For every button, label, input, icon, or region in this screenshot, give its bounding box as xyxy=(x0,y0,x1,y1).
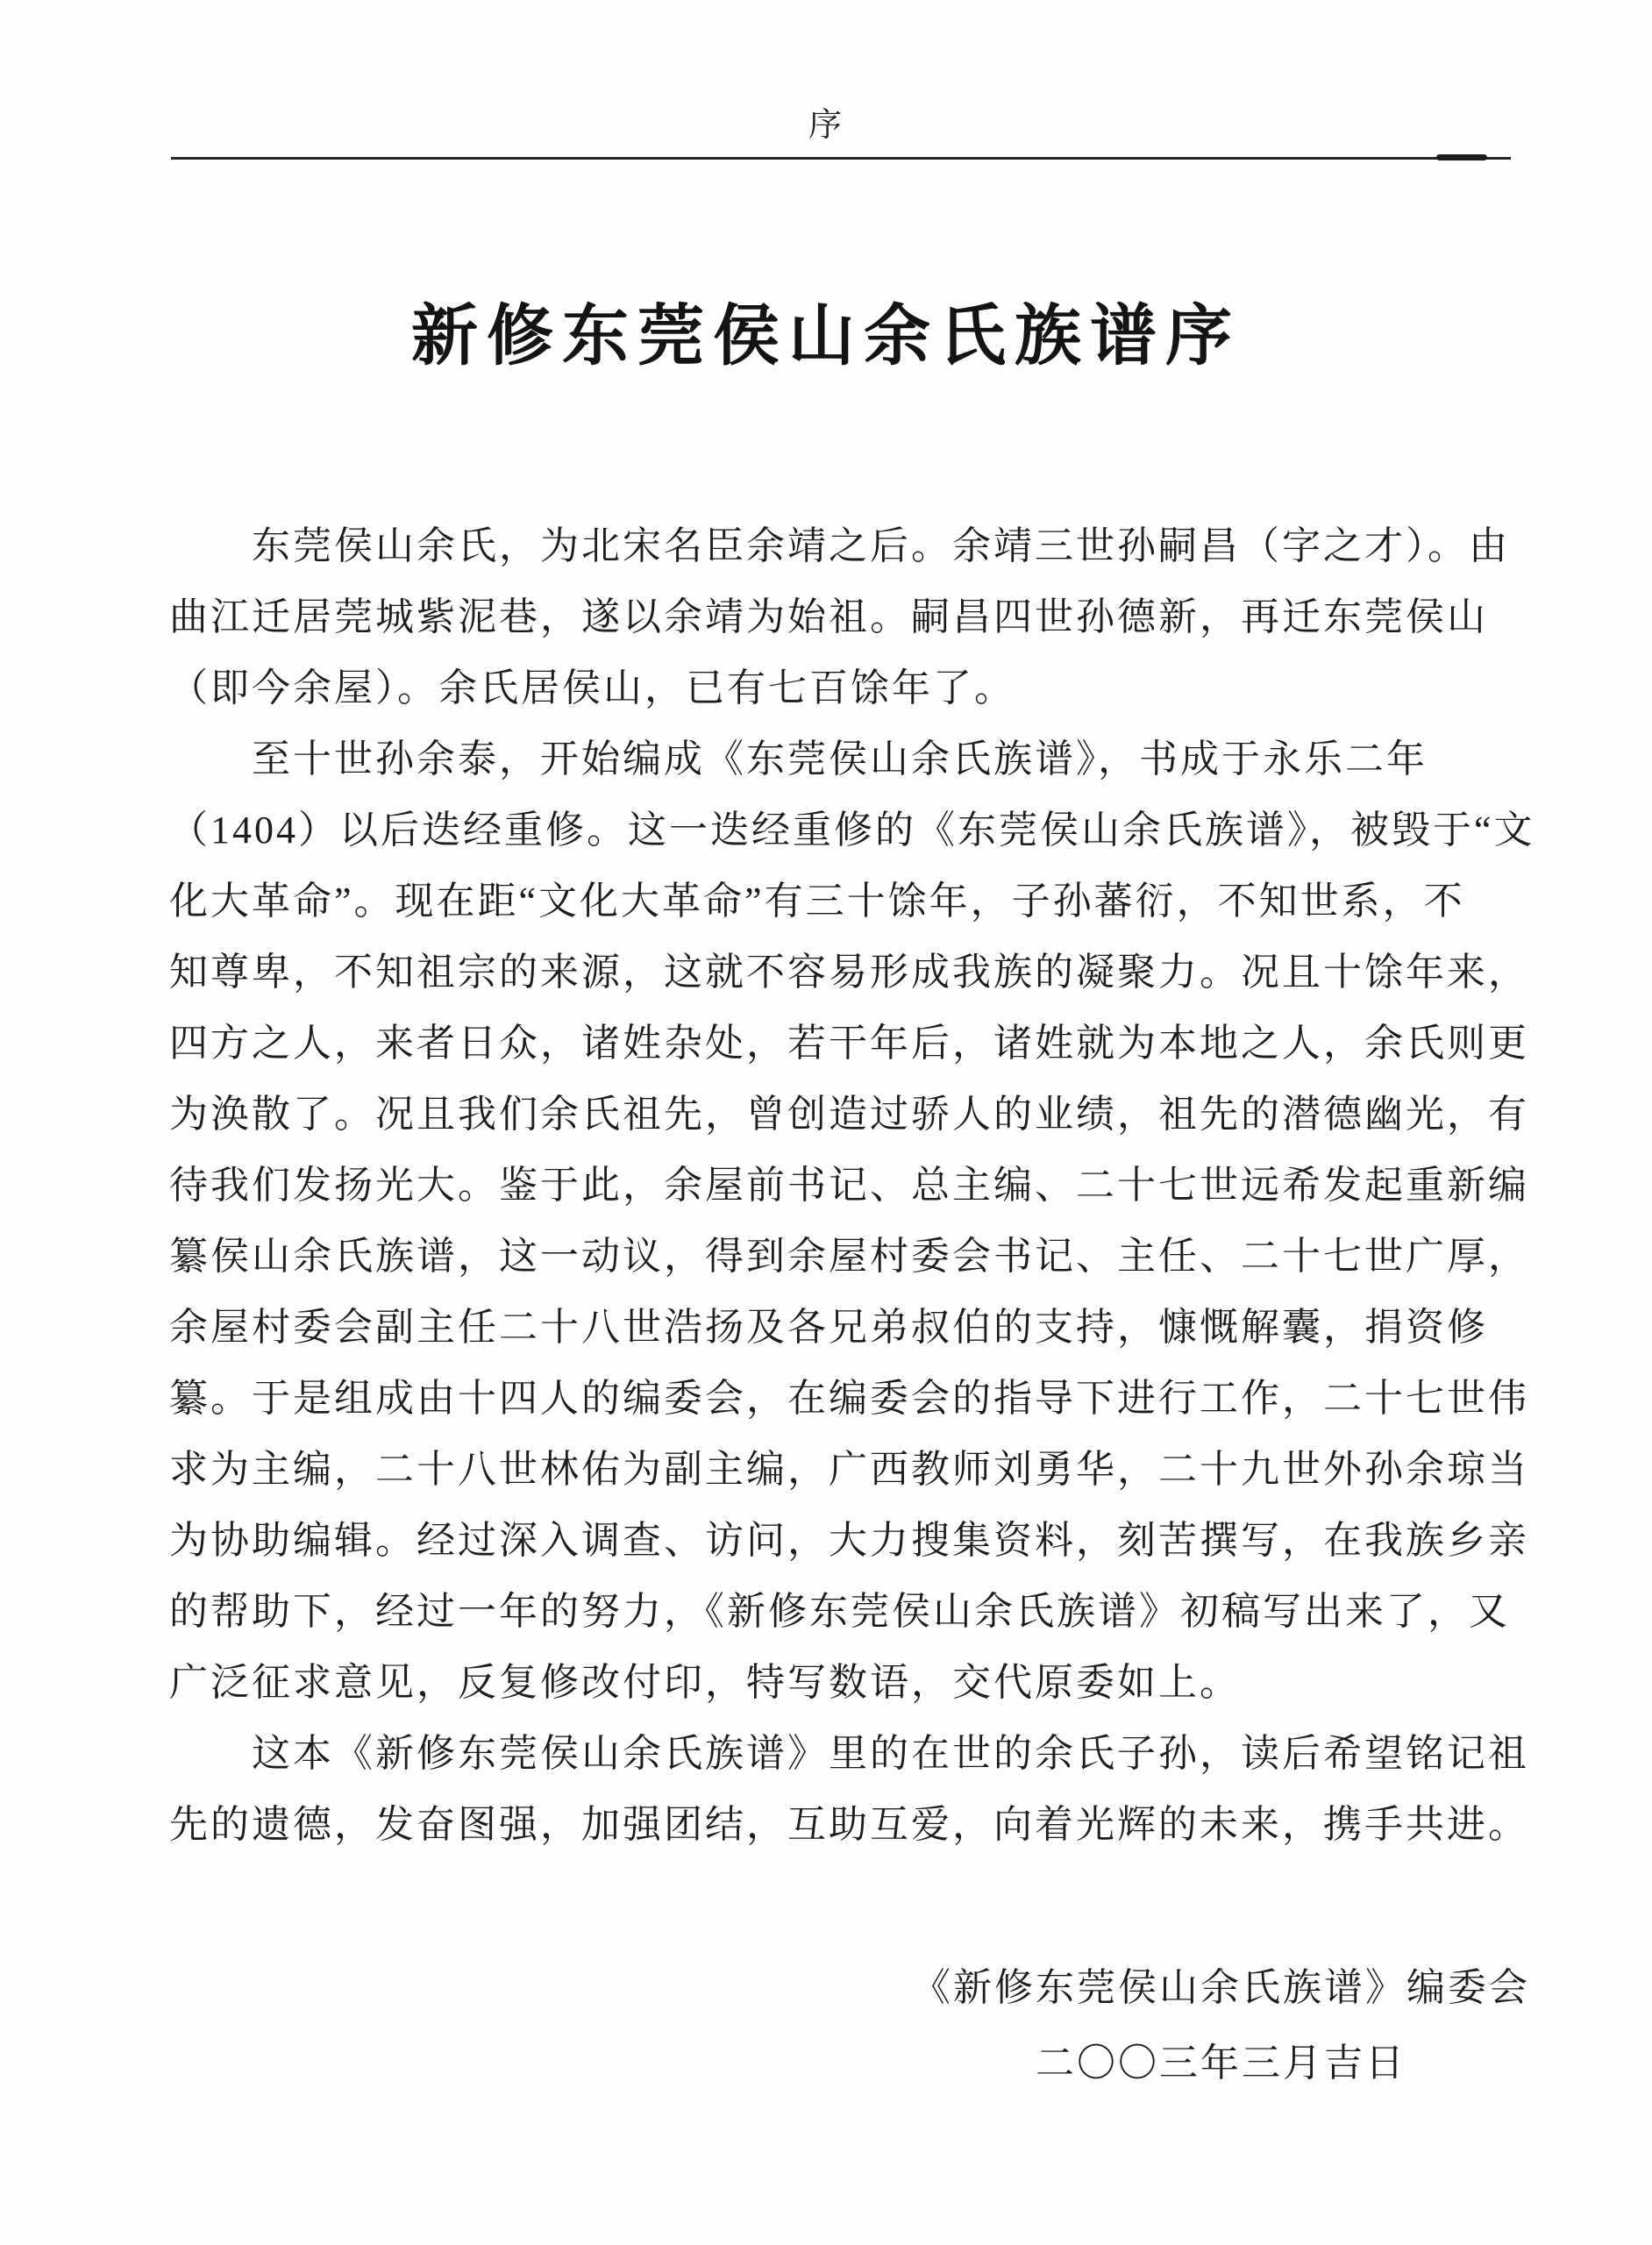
body-line: 四方之人，来者日众，诸姓杂处，若干年后，诸姓就为本地之人，余氏则更 xyxy=(169,1008,1572,1079)
paragraph-3: 这本《新修东莞侯山余氏族谱》里的在世的余氏子孙，读后希望铭记祖 先的遗德，发奋图… xyxy=(169,1718,1572,1860)
body-line: 至十世孙余泰，开始编成《东莞侯山余氏族谱》，书成于永乐二年 xyxy=(169,723,1572,795)
body-line: 为涣散了。况且我们余氏祖先，曾创造过骄人的业绩，祖先的潜德幽光，有 xyxy=(169,1079,1572,1150)
document-title: 新修东莞侯山余氏族谱序 xyxy=(0,298,1652,375)
header-rule-line xyxy=(171,157,1511,160)
signature-date: 二〇〇三年三月吉日 xyxy=(912,2026,1530,2101)
signature-block: 《新修东莞侯山余氏族谱》编委会 二〇〇三年三月吉日 xyxy=(912,1950,1530,2101)
body-line: 这本《新修东莞侯山余氏族谱》里的在世的余氏子孙，读后希望铭记祖 xyxy=(169,1718,1572,1789)
scan-artifact xyxy=(1436,154,1487,160)
body-line: 化大革命”。现在距“文化大革命”有三十馀年，子孙蕃衍，不知世系，不 xyxy=(169,866,1572,937)
body-line: 纂。于是组成由十四人的编委会，在编委会的指导下进行工作，二十七世伟 xyxy=(169,1363,1572,1434)
body-line: 广泛征求意见，反复修改付印，特写数语，交代原委如上。 xyxy=(169,1647,1572,1718)
body-line: （即今余屋）。余氏居侯山，已有七百馀年了。 xyxy=(169,652,1572,723)
page-header-label: 序 xyxy=(0,106,1652,145)
body-line: 的帮助下，经过一年的努力，《新修东莞侯山余氏族谱》初稿写出来了，又 xyxy=(169,1576,1572,1647)
body-line: （1404）以后迭经重修。这一迭经重修的《东莞侯山余氏族谱》，被毁于“文 xyxy=(169,795,1572,866)
body-line: 余屋村委会副主任二十八世浩扬及各兄弟叔伯的支持，慷慨解囊，捐资修 xyxy=(169,1292,1572,1363)
body-line: 求为主编，二十八世林佑为副主编，广西教师刘勇华，二十九世外孙余琼当 xyxy=(169,1434,1572,1505)
body-line: 待我们发扬光大。鉴于此，余屋前书记、总主编、二十七世远希发起重新编 xyxy=(169,1150,1572,1221)
body-line: 知尊卑，不知祖宗的来源，这就不容易形成我族的凝聚力。况且十馀年来， xyxy=(169,937,1572,1008)
paragraph-2: 至十世孙余泰，开始编成《东莞侯山余氏族谱》，书成于永乐二年 （1404）以后迭经… xyxy=(169,723,1572,1718)
body-line: 纂侯山余氏族谱，这一动议，得到余屋村委会书记、主任、二十七世广厚， xyxy=(169,1221,1572,1292)
scanned-document-page: 序 新修东莞侯山余氏族谱序 东莞侯山余氏，为北宋名臣余靖之后。余靖三世孙嗣昌（字… xyxy=(0,0,1652,2245)
document-body: 东莞侯山余氏，为北宋名臣余靖之后。余靖三世孙嗣昌（字之才）。由 曲江迁居莞城紫泥… xyxy=(169,510,1572,1860)
signature-committee: 《新修东莞侯山余氏族谱》编委会 xyxy=(912,1950,1530,2026)
paragraph-1: 东莞侯山余氏，为北宋名臣余靖之后。余靖三世孙嗣昌（字之才）。由 曲江迁居莞城紫泥… xyxy=(169,510,1572,723)
body-line: 曲江迁居莞城紫泥巷，遂以余靖为始祖。嗣昌四世孙德新，再迁东莞侯山 xyxy=(169,581,1572,652)
body-line: 先的遗德，发奋图强，加强团结，互助互爱，向着光辉的未来，携手共进。 xyxy=(169,1789,1572,1860)
body-line: 为协助编辑。经过深入调查、访问，大力搜集资料，刻苦撰写，在我族乡亲 xyxy=(169,1505,1572,1576)
body-line: 东莞侯山余氏，为北宋名臣余靖之后。余靖三世孙嗣昌（字之才）。由 xyxy=(169,510,1572,581)
